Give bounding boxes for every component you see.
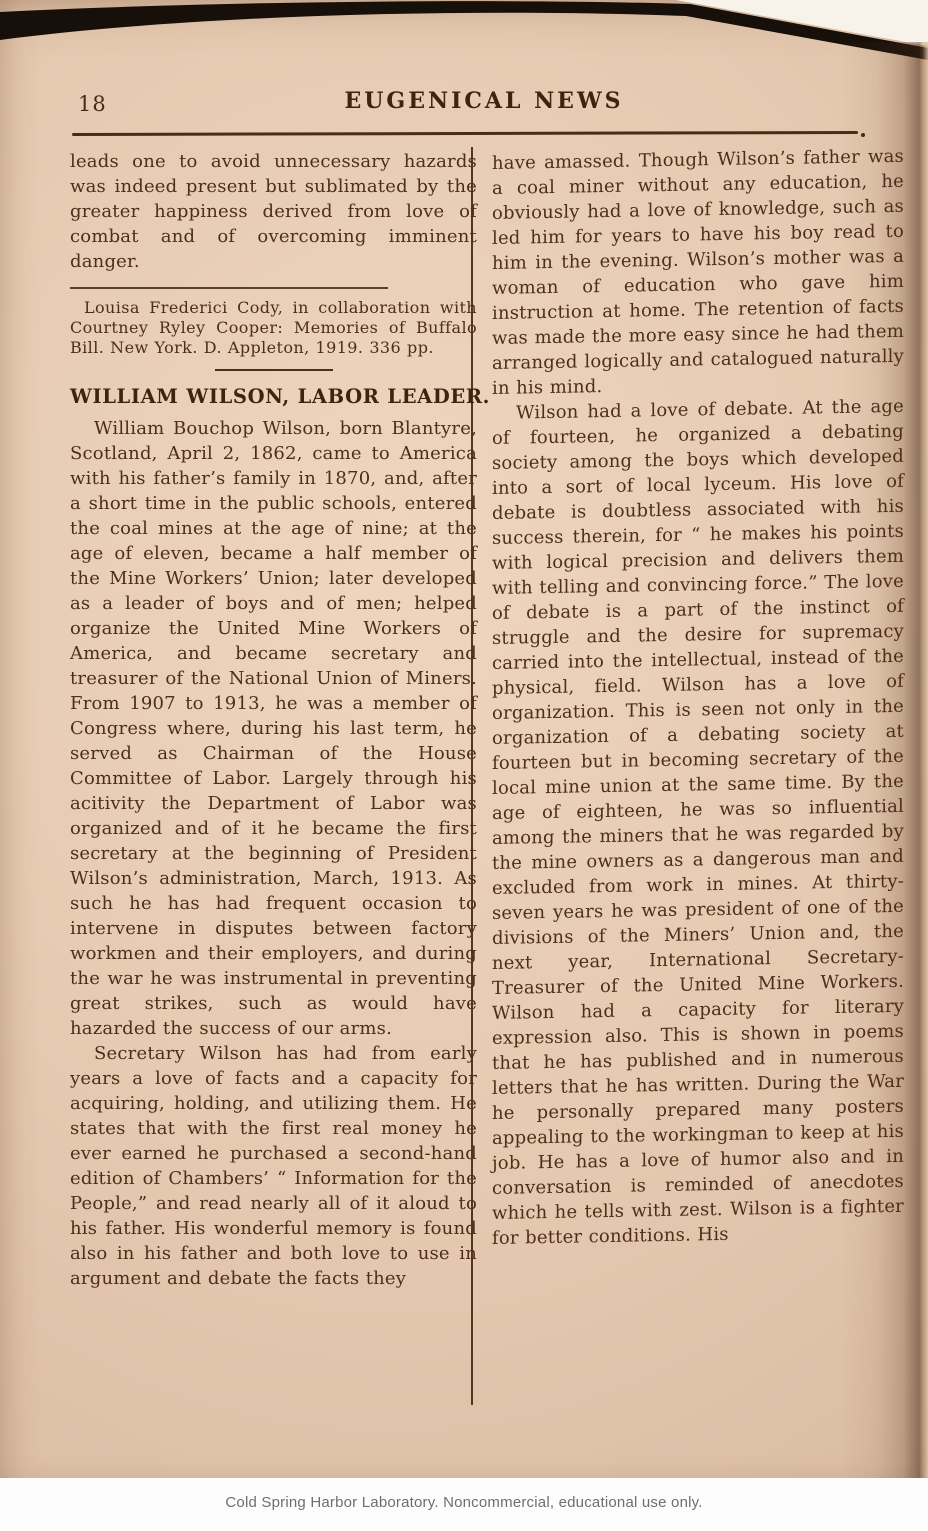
continued-paragraph: leads one to avoid unnecessary hazards w…: [70, 149, 477, 274]
journal-title: EUGENICAL NEWS: [70, 88, 898, 114]
section-rule: [215, 369, 333, 371]
right-column: have amassed. Though Wilson’s father was…: [492, 144, 904, 1251]
article-paragraph: have amassed. Though Wilson’s father was…: [492, 144, 904, 401]
next-page-corner: [676, 0, 928, 46]
left-column: leads one to avoid unnecessary hazards w…: [70, 149, 477, 1291]
header-rule: [72, 131, 858, 136]
citation-text: Louisa Frederici Cody, in collaboration …: [70, 298, 477, 358]
citation-rule: [70, 287, 388, 289]
footer-caption: Cold Spring Harbor Laboratory. Noncommer…: [225, 1494, 702, 1511]
footer-strip: Cold Spring Harbor Laboratory. Noncommer…: [0, 1478, 928, 1531]
article-paragraph: Secretary Wilson has had from early year…: [70, 1041, 477, 1291]
scanned-page: 18 EUGENICAL NEWS leads one to avoid unn…: [0, 0, 928, 1478]
article-heading: WILLIAM WILSON, LABOR LEADER.: [70, 384, 477, 409]
article-paragraph: William Bouchop Wilson, born Blantyre, S…: [70, 416, 477, 1041]
article-paragraph: Wilson had a love of debate. At the age …: [492, 394, 904, 1251]
page-top-shadow: [0, 0, 928, 80]
